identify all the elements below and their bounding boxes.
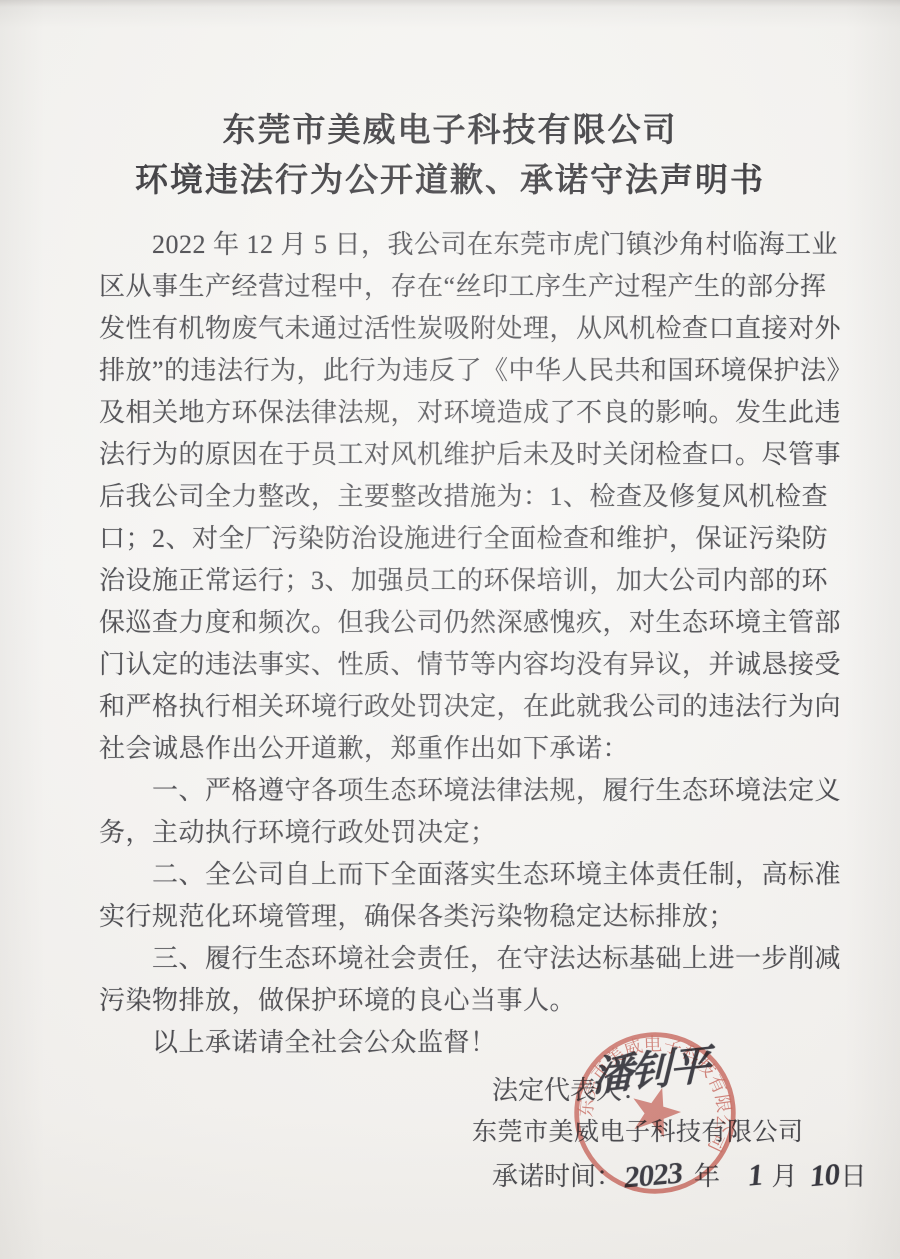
body-text-line: 污染物排放，做保护环境的良心当事人。 xyxy=(99,980,815,1022)
document-title: 东莞市美威电子科技有限公司 环境违法行为公开道歉、承诺守法声明书 xyxy=(0,106,900,206)
scanned-statement-page: 东莞市美威电子科技有限公司 环境违法行为公开道歉、承诺守法声明书 2022 年 … xyxy=(0,0,900,1259)
body-text-line: 治设施正常运行；3、加强员工的环保培训，加大公司内部的环 xyxy=(99,560,815,602)
month-label: 月 xyxy=(772,1162,798,1191)
seal-arc-company-text: 东莞市美威电子科技有限公司 xyxy=(572,1026,742,1159)
statement-body-text: 2022 年 12 月 5 日，我公司在东莞市虎门镇沙角村临海工业区从事生产经营… xyxy=(99,224,815,1064)
company-seal-stamp: 东莞市美威电子科技有限公司 xyxy=(568,1026,742,1200)
body-text-line: 一、严格遵守各项生态环境法律法规，履行生态环境法定义 xyxy=(99,770,815,812)
handwritten-month: 1 xyxy=(746,1153,765,1196)
day-label: 日 xyxy=(841,1162,867,1191)
handwritten-day: 10 xyxy=(808,1153,841,1197)
body-text-line: 排放”的违法行为，此行为违反了《中华人民共和国环境保护法》 xyxy=(99,350,815,392)
body-text-line: 保巡查力度和频次。但我公司仍然深感愧疚，对生态环境主管部 xyxy=(99,602,815,644)
title-subject-line: 环境违法行为公开道歉、承诺守法声明书 xyxy=(0,156,900,206)
body-text-line: 二、全公司自上而下全面落实生态环境主体责任制，高标准 xyxy=(99,854,815,896)
body-text-line: 口；2、对全厂污染防治设施进行全面检查和维护，保证污染防 xyxy=(99,518,815,560)
body-text-line: 区从事生产经营过程中，存在“丝印工序生产过程产生的部分挥 xyxy=(99,266,815,308)
body-text-line: 门认定的违法事实、性质、情节等内容均没有异议，并诚恳接受 xyxy=(99,644,815,686)
body-text-line: 及相关地方环保法律法规，对环境造成了不良的影响。发生此违 xyxy=(99,392,815,434)
seal-star xyxy=(625,1081,686,1140)
body-text-line: 和严格执行相关环境行政处罚决定，在此就我公司的违法行为向 xyxy=(99,686,815,728)
body-text-line: 实行规范化环境管理，确保各类污染物稳定达标排放； xyxy=(99,896,815,938)
body-text-line: 法行为的原因在于员工对风机维护后未及时关闭检查口。尽管事 xyxy=(99,434,815,476)
body-text-line: 社会诚恳作出公开道歉，郑重作出如下承诺： xyxy=(99,728,815,770)
body-text-line: 务，主动执行环境行政处罚决定； xyxy=(99,812,815,854)
body-text-line: 后我公司全力整改，主要整改措施为：1、检查及修复风机检查 xyxy=(99,476,815,518)
body-text-line: 发性有机物废气未通过活性炭吸附处理，从风机检查口直接对外 xyxy=(99,308,815,350)
body-text-line: 三、履行生态环境社会责任，在守法达标基础上进一步削减 xyxy=(99,938,815,980)
title-company-line: 东莞市美威电子科技有限公司 xyxy=(0,106,900,156)
body-text-line: 2022 年 12 月 5 日，我公司在东莞市虎门镇沙角村临海工业 xyxy=(99,224,815,266)
